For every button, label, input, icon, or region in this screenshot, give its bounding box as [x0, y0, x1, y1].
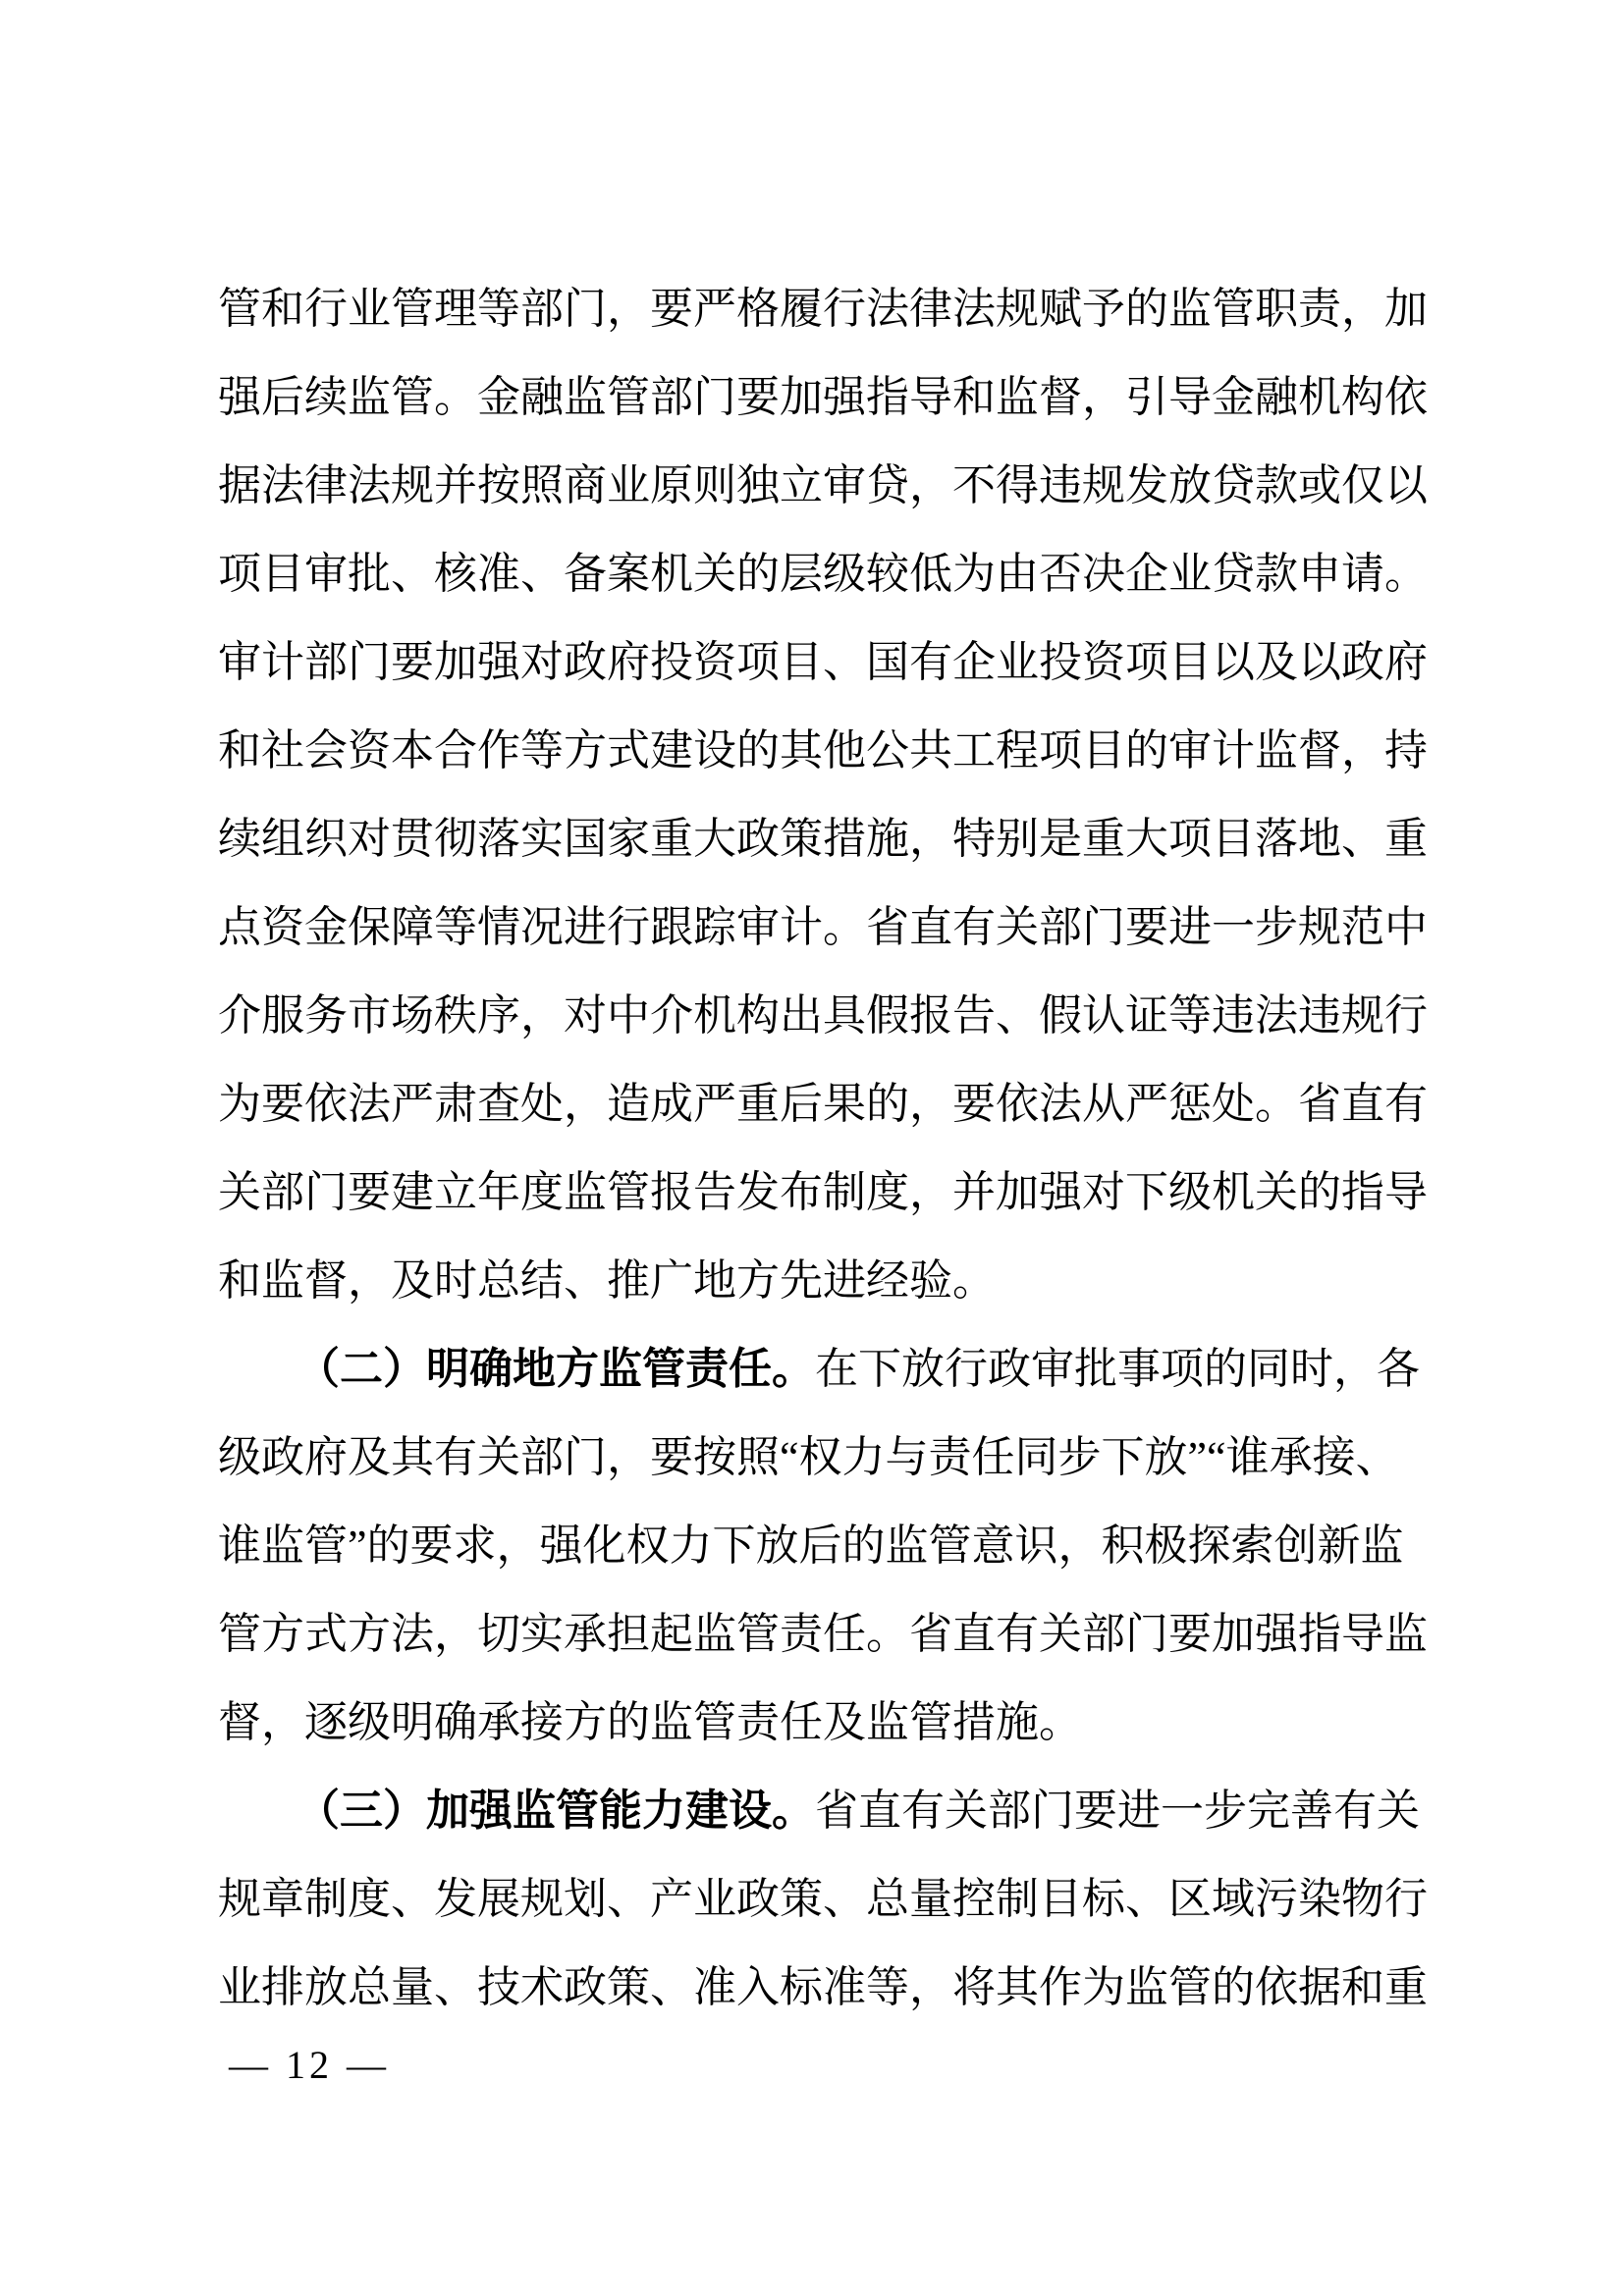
line-text: 据法律法规并按照商业原则独立审贷，不得违规发放贷款或仅以: [218, 461, 1428, 509]
line-text: 项目审批、核准、备案机关的层级较低为由否决企业贷款申请。: [218, 550, 1428, 598]
text-line: 规章制度、发展规划、产业政策、总量控制目标、区域污染物行: [218, 1855, 1428, 1944]
line-text: 管方式方法，切实承担起监管责任。省直有关部门要加强指导监: [218, 1610, 1428, 1658]
document-page: 管和行业管理等部门，要严格履行法律法规赋予的监管职责，加 强后续监管。金融监管部…: [0, 0, 1624, 2296]
text-line: （二）明确地方监管责任。在下放行政审批事项的同时，各: [218, 1325, 1428, 1414]
text-line: 介服务市场秩序，对中介机构出具假报告、假认证等违法违规行: [218, 972, 1428, 1060]
line-text: 督，逐级明确承接方的监管责任及监管措施。: [218, 1698, 1082, 1746]
section-heading-3: （三）加强监管能力建设。: [297, 1787, 815, 1835]
text-line: 据法律法规并按照商业原则独立审贷，不得违规发放贷款或仅以: [218, 442, 1428, 530]
text-line: 管和行业管理等部门，要严格履行法律法规赋予的监管职责，加: [218, 265, 1428, 353]
line-text: 强后续监管。金融监管部门要加强指导和监督，引导金融机构依: [218, 373, 1428, 421]
line-text: 规章制度、发展规划、产业政策、总量控制目标、区域污染物行: [218, 1875, 1428, 1923]
text-line: 谁监管”的要求，强化权力下放后的监管意识，积极探索创新监: [218, 1502, 1428, 1590]
line-text: 为要依法严肃查处，造成严重后果的，要依法从严惩处。省直有: [218, 1080, 1428, 1128]
text-line: 和监督，及时总结、推广地方先进经验。: [218, 1237, 1428, 1325]
text-line: 为要依法严肃查处，造成严重后果的，要依法从严惩处。省直有: [218, 1060, 1428, 1148]
line-text: 谁监管”的要求，强化权力下放后的监管意识，积极探索创新监: [218, 1522, 1404, 1570]
section-heading-2: （二）明确地方监管责任。: [297, 1345, 815, 1393]
text-line: 督，逐级明确承接方的监管责任及监管措施。: [218, 1679, 1428, 1767]
line-text: 审计部门要加强对政府投资项目、国有企业投资项目以及以政府: [218, 638, 1428, 686]
line-text: 在下放行政审批事项的同时，各: [815, 1345, 1420, 1393]
text-line: 点资金保障等情况进行跟踪审计。省直有关部门要进一步规范中: [218, 883, 1428, 972]
text-line: 关部门要建立年度监管报告发布制度，并加强对下级机关的指导: [218, 1148, 1428, 1237]
text-line: 管方式方法，切实承担起监管责任。省直有关部门要加强指导监: [218, 1590, 1428, 1679]
line-text: 介服务市场秩序，对中介机构出具假报告、假认证等违法违规行: [218, 991, 1428, 1040]
line-text: 级政府及其有关部门，要按照“权力与责任同步下放”“谁承接、: [218, 1433, 1399, 1481]
text-line: 强后续监管。金融监管部门要加强指导和监督，引导金融机构依: [218, 353, 1428, 442]
text-line: 项目审批、核准、备案机关的层级较低为由否决企业贷款申请。: [218, 530, 1428, 618]
line-text: 管和行业管理等部门，要严格履行法律法规赋予的监管职责，加: [218, 285, 1428, 333]
text-line: 级政府及其有关部门，要按照“权力与责任同步下放”“谁承接、: [218, 1414, 1428, 1502]
page-number: — 12 —: [229, 2042, 390, 2089]
line-text: 省直有关部门要进一步完善有关: [815, 1787, 1420, 1835]
line-text: 关部门要建立年度监管报告发布制度，并加强对下级机关的指导: [218, 1168, 1428, 1216]
body-text: 管和行业管理等部门，要严格履行法律法规赋予的监管职责，加 强后续监管。金融监管部…: [218, 265, 1428, 2032]
line-text: 点资金保障等情况进行跟踪审计。省直有关部门要进一步规范中: [218, 903, 1428, 951]
line-text: 和监督，及时总结、推广地方先进经验。: [218, 1256, 996, 1305]
line-text: 业排放总量、技术政策、准入标准等，将其作为监管的依据和重: [218, 1963, 1428, 2011]
line-text: 续组织对贯彻落实国家重大政策措施，特别是重大项目落地、重: [218, 815, 1428, 863]
text-line: （三）加强监管能力建设。省直有关部门要进一步完善有关: [218, 1767, 1428, 1855]
text-line: 续组织对贯彻落实国家重大政策措施，特别是重大项目落地、重: [218, 795, 1428, 883]
text-line: 和社会资本合作等方式建设的其他公共工程项目的审计监督，持: [218, 707, 1428, 795]
text-line: 审计部门要加强对政府投资项目、国有企业投资项目以及以政府: [218, 618, 1428, 707]
text-line: 业排放总量、技术政策、准入标准等，将其作为监管的依据和重: [218, 1944, 1428, 2032]
line-text: 和社会资本合作等方式建设的其他公共工程项目的审计监督，持: [218, 726, 1428, 774]
